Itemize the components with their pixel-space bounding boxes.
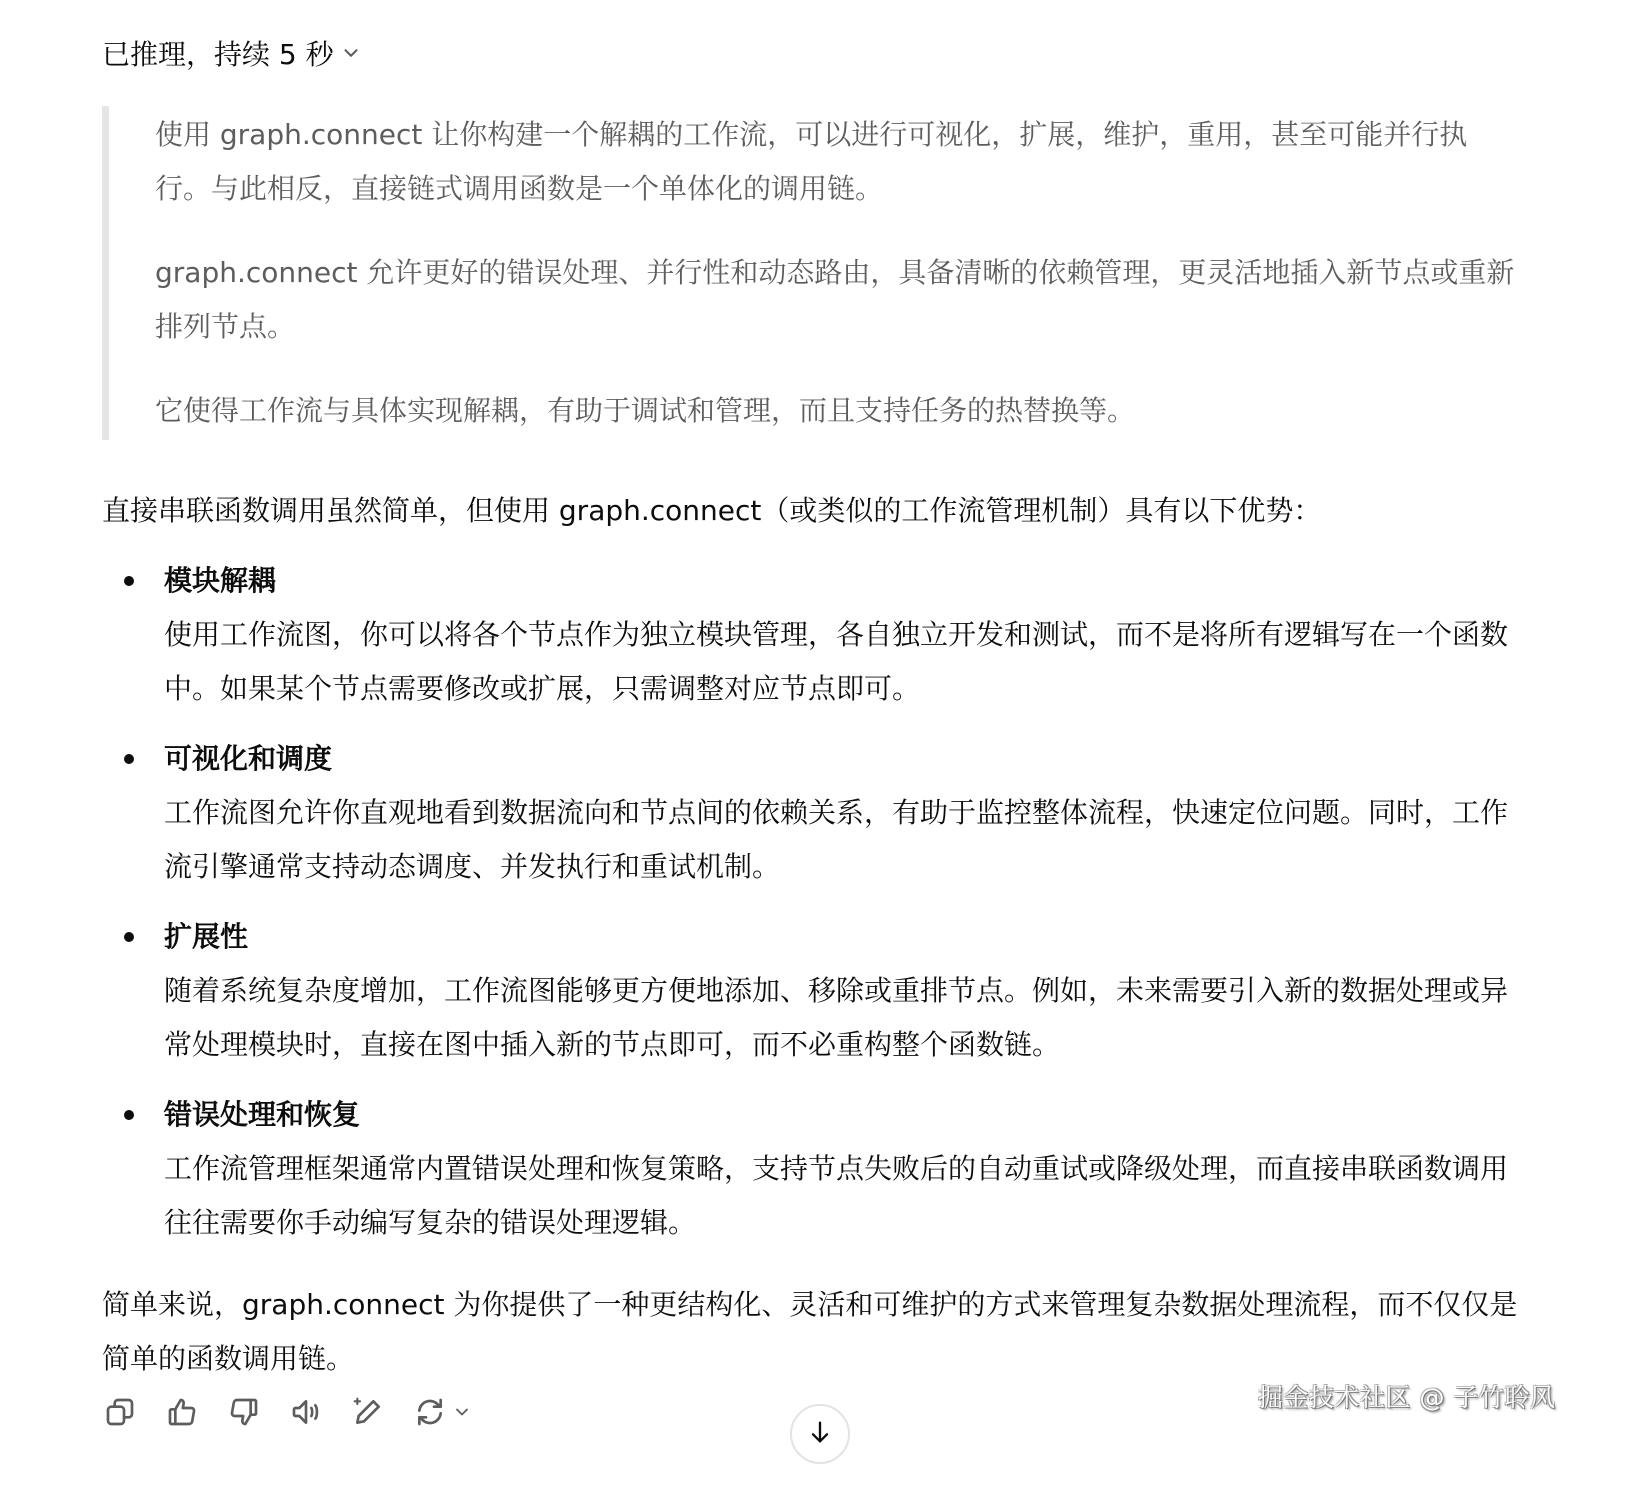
- copy-button[interactable]: [102, 1392, 138, 1436]
- reasoning-toggle-button[interactable]: 已推理，持续 5 秒: [102, 30, 362, 80]
- list-item-title: 可视化和调度: [164, 732, 1522, 786]
- chevron-down-icon[interactable]: [452, 1402, 472, 1426]
- list-item: 可视化和调度 工作流图允许你直观地看到数据流向和节点间的依赖关系，有助于监控整体…: [102, 732, 1522, 894]
- list-item-body: 工作流图允许你直观地看到数据流向和节点间的依赖关系，有助于监控整体流程，快速定位…: [164, 786, 1522, 894]
- chat-response-page: 已推理，持续 5 秒 使用 graph.connect 让你构建一个解耦的工作流…: [0, 0, 1636, 1508]
- bad-response-button[interactable]: [226, 1392, 262, 1436]
- list-item-title: 扩展性: [164, 910, 1522, 964]
- good-response-button[interactable]: [164, 1392, 200, 1436]
- list-item: 错误处理和恢复 工作流管理框架通常内置错误处理和恢复策略，支持节点失败后的自动重…: [102, 1088, 1522, 1250]
- thumbs-up-icon: [166, 1396, 198, 1432]
- list-item-body: 随着系统复杂度增加，工作流图能够更方便地添加、移除或重排节点。例如，未来需要引入…: [164, 964, 1522, 1072]
- advantages-list: 模块解耦 使用工作流图，你可以将各个节点作为独立模块管理，各自独立开发和测试，而…: [102, 554, 1522, 1250]
- list-item-body: 工作流管理框架通常内置错误处理和恢复策略，支持节点失败后的自动重试或降级处理，而…: [164, 1142, 1522, 1250]
- reasoning-paragraph: 使用 graph.connect 让你构建一个解耦的工作流，可以进行可视化，扩展…: [155, 108, 1522, 216]
- regenerate-icon: [414, 1396, 446, 1432]
- bullet-icon: [124, 576, 134, 586]
- regenerate-icon-wrap[interactable]: [412, 1392, 448, 1436]
- bullet-icon: [124, 1110, 134, 1120]
- chevron-down-icon: [340, 30, 362, 80]
- list-item-body: 使用工作流图，你可以将各个节点作为独立模块管理，各自独立开发和测试，而不是将所有…: [164, 608, 1522, 716]
- reasoning-summary: 使用 graph.connect 让你构建一个解耦的工作流，可以进行可视化，扩展…: [102, 106, 1522, 440]
- read-aloud-button[interactable]: [288, 1392, 324, 1436]
- edit-canvas-icon: [352, 1396, 384, 1432]
- answer-body: 直接串联函数调用虽然简单，但使用 graph.connect（或类似的工作流管理…: [102, 484, 1522, 1386]
- reasoning-toggle-label: 已推理，持续 5 秒: [102, 30, 334, 80]
- bullet-icon: [124, 754, 134, 764]
- edit-in-canvas-button[interactable]: [350, 1392, 386, 1436]
- assistant-message: 已推理，持续 5 秒 使用 graph.connect 让你构建一个解耦的工作流…: [102, 30, 1522, 1386]
- list-item-title: 错误处理和恢复: [164, 1088, 1522, 1142]
- copy-icon: [104, 1396, 136, 1432]
- watermark: 掘金技术社区 @ 子竹聆风: [1258, 1378, 1555, 1414]
- arrow-down-icon: [806, 1418, 834, 1450]
- read-aloud-icon: [290, 1396, 322, 1432]
- message-action-bar: [102, 1392, 472, 1436]
- answer-summary: 简单来说，graph.connect 为你提供了一种更结构化、灵活和可维护的方式…: [102, 1278, 1522, 1386]
- reasoning-paragraph: 它使得工作流与具体实现解耦，有助于调试和管理，而且支持任务的热替换等。: [155, 384, 1522, 438]
- list-item: 扩展性 随着系统复杂度增加，工作流图能够更方便地添加、移除或重排节点。例如，未来…: [102, 910, 1522, 1072]
- bullet-icon: [124, 932, 134, 942]
- scroll-to-bottom-button[interactable]: [790, 1404, 850, 1464]
- reasoning-paragraph: graph.connect 允许更好的错误处理、并行性和动态路由，具备清晰的依赖…: [155, 246, 1522, 354]
- regenerate-button[interactable]: [412, 1392, 472, 1436]
- list-item-title: 模块解耦: [164, 554, 1522, 608]
- list-item: 模块解耦 使用工作流图，你可以将各个节点作为独立模块管理，各自独立开发和测试，而…: [102, 554, 1522, 716]
- answer-lead: 直接串联函数调用虽然简单，但使用 graph.connect（或类似的工作流管理…: [102, 484, 1522, 538]
- thumbs-down-icon: [228, 1396, 260, 1432]
